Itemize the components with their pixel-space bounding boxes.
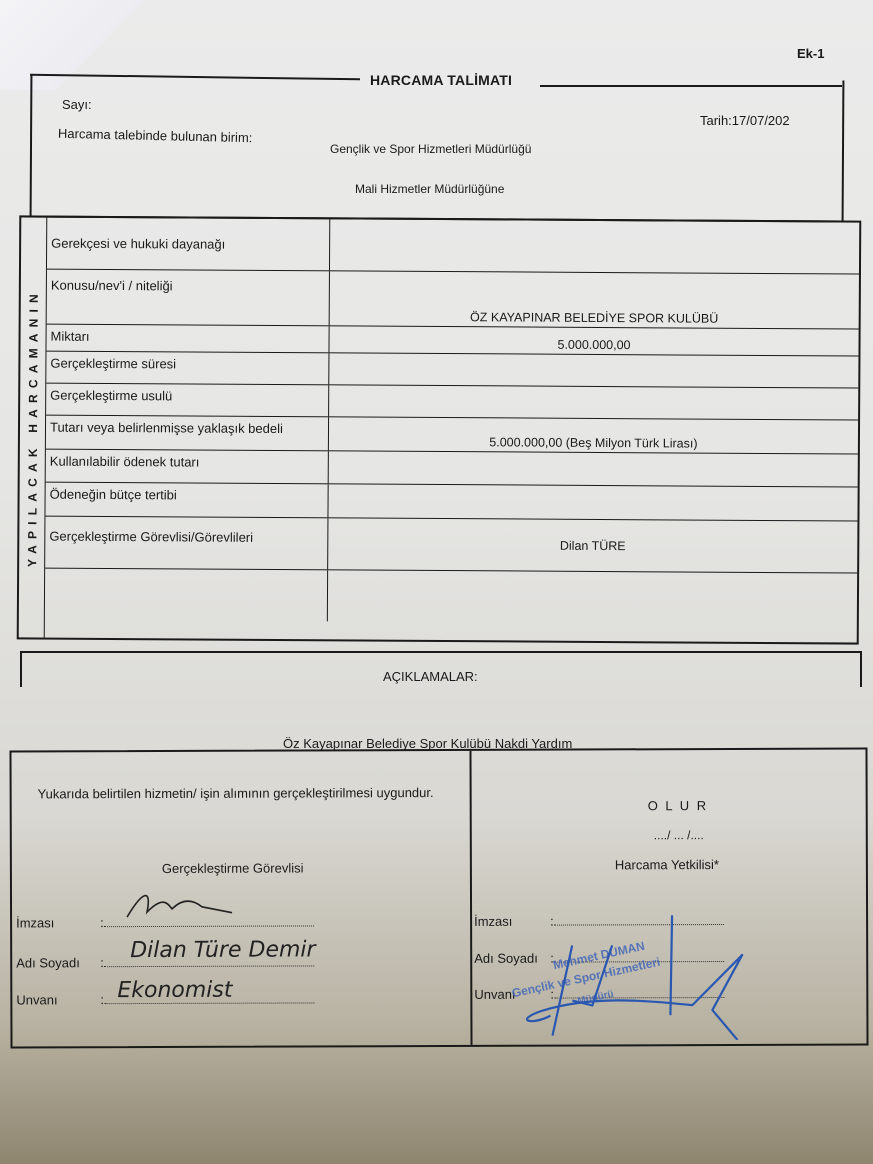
right-signature-label: İmzası xyxy=(474,914,512,929)
row-value: 5.000.000,00 xyxy=(329,326,858,355)
left-signature-scribble xyxy=(122,887,242,927)
row-value xyxy=(329,385,858,419)
table-row: Konusu/nev'i / niteliğiÖZ KAYAPINAR BELE… xyxy=(47,270,859,330)
right-role: Harcama Yetkilisi* xyxy=(615,857,719,872)
row-label: Ödeneğin bütçe tertibi xyxy=(45,483,328,518)
sayi-label: Sayı: xyxy=(62,97,92,112)
row-label: Tutarı veya belirlenmişse yaklaşık bedel… xyxy=(46,416,329,451)
left-handwritten-title: Ekonomist xyxy=(117,978,232,1003)
expense-table-rows: Gerekçesi ve hukuki dayanağıKonusu/nev'i… xyxy=(45,218,860,643)
explanations-heading: AÇIKLAMALAR: xyxy=(383,669,478,684)
row-value xyxy=(328,570,857,624)
table-row: Kullanılabilir ödenek tutarı xyxy=(46,450,858,488)
row-value xyxy=(330,219,859,273)
approval-statement: Yukarıda belirtilen hizmetin/ işin alımı… xyxy=(18,784,466,804)
requesting-unit-value: Gençlik ve Spor Hizmetleri Müdürlüğü xyxy=(330,142,531,156)
table-row: Gerçekleştirme süresi xyxy=(46,352,858,389)
right-title-label: Unvanı xyxy=(474,987,515,1002)
table-row: Gerekçesi ve hukuki dayanağı xyxy=(47,218,859,275)
row-value: ÖZ KAYAPINAR BELEDİYE SPOR KULÜBÜ xyxy=(330,271,859,328)
expense-table: YAPILACAK HARCAMANIN Gerekçesi ve hukuki… xyxy=(17,215,862,644)
table-row: Gerçekleştirme Görevlisi/GörevlileriDila… xyxy=(45,517,857,574)
row-label: Konusu/nev'i / niteliği xyxy=(47,270,330,326)
signature-section: Yukarıda belirtilen hizmetin/ işin alımı… xyxy=(9,748,868,1049)
left-signature-label: İmzası xyxy=(16,915,54,930)
row-label: Gerçekleştirme Görevlisi/Görevlileri xyxy=(45,517,328,570)
left-name-label: Adı Soyadı xyxy=(16,955,80,970)
row-value xyxy=(329,353,858,387)
table-row: Gerçekleştirme usulü xyxy=(46,384,858,421)
approval-word: O L U R xyxy=(648,798,709,813)
vertical-section-label: YAPILACAK HARCAMANIN xyxy=(19,217,48,637)
signature-divider xyxy=(469,751,472,1045)
row-value: Dilan TÜRE xyxy=(328,518,857,572)
row-label: Gerekçesi ve hukuki dayanağı xyxy=(47,218,330,271)
right-signature-scribble xyxy=(512,915,752,1041)
row-label: Gerçekleştirme süresi xyxy=(46,352,329,385)
table-row: Ödeneğin bütçe tertibi xyxy=(45,483,857,522)
left-title-label: Unvanı xyxy=(16,992,57,1007)
annex-label: Ek-1 xyxy=(797,46,824,61)
date-label: Tarih:17/07/202 xyxy=(700,113,790,128)
approval-date-placeholder: ..../ ... /.... xyxy=(654,828,704,842)
addressee: Mali Hizmetler Müdürlüğüne xyxy=(355,182,504,196)
row-value xyxy=(328,484,857,520)
left-role: Gerçekleştirme Görevlisi xyxy=(162,860,304,875)
row-value xyxy=(329,451,858,486)
table-row: Tutarı veya belirlenmişse yaklaşık bedel… xyxy=(46,416,858,455)
row-label: Miktarı xyxy=(46,325,329,353)
left-handwritten-name: Dilan Türe Demir xyxy=(130,937,315,963)
table-row xyxy=(45,569,857,625)
row-label: Gerçekleştirme usulü xyxy=(46,384,329,417)
row-label xyxy=(45,569,328,622)
row-value: 5.000.000,00 (Beş Milyon Türk Lirası) xyxy=(329,417,858,453)
row-label: Kullanılabilir ödenek tutarı xyxy=(46,450,329,484)
